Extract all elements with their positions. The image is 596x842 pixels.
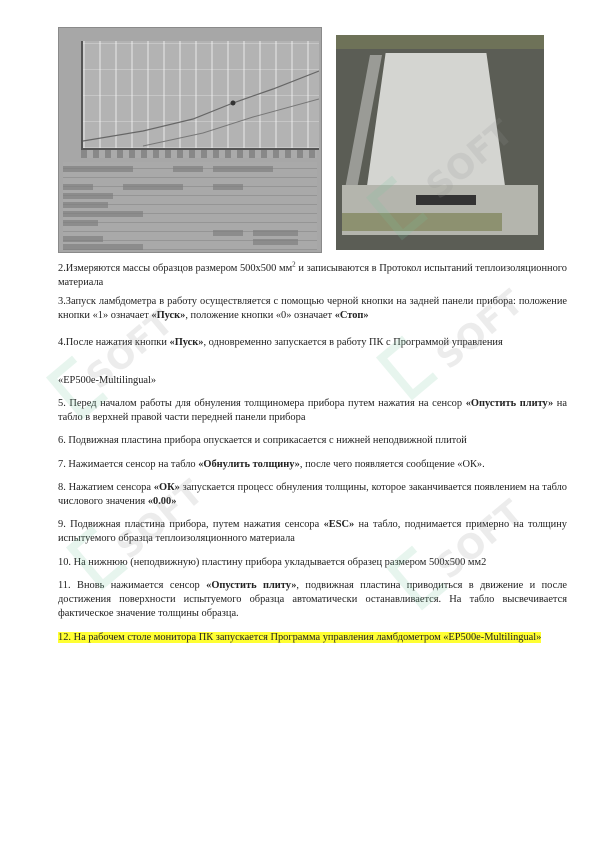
instruction-step: 12. На рабочем столе монитора ПК запуска…: [58, 631, 567, 645]
step-number: 9.: [58, 519, 66, 530]
step-text: После нажатия кнопки: [66, 337, 170, 348]
bold-term: «0.00»: [148, 496, 177, 507]
instruction-step: 7. Нажимается сенсор на табло «Обнулить …: [58, 458, 567, 472]
measurement-curve: [83, 41, 319, 148]
instruction-step: «EP500e-Multilingual»: [58, 374, 567, 388]
step-number: 7.: [58, 459, 66, 470]
instruction-step: 8. Нажатием сенсора «ОК» запускается про…: [58, 481, 567, 509]
instruction-step: 11. Вновь нажимается сенсор «Опустить пл…: [58, 579, 567, 621]
step-text: На рабочем столе монитора ПК запускается…: [71, 632, 541, 643]
results-table: [63, 162, 317, 250]
step-number: 8.: [58, 482, 66, 493]
bold-term: «Пуск»: [151, 310, 185, 321]
bold-term: «ОК»: [154, 482, 180, 493]
chart-plot-area: [81, 41, 319, 150]
step-number: 12.: [58, 632, 71, 643]
step-text: , после чего появляется сообщение «ОК».: [300, 459, 485, 470]
device-photo: [336, 35, 544, 250]
software-screenshot-figure: [58, 27, 322, 253]
instruction-step: 5. Перед началом работы для обнуления то…: [58, 397, 567, 425]
step-text: Измеряются массы образцов размером 500x5…: [66, 263, 292, 274]
step-text: Нажимается сенсор на табло: [66, 459, 198, 470]
step-number: 5.: [58, 398, 66, 409]
step-number: 10.: [58, 557, 71, 568]
device-slot: [416, 195, 476, 205]
instruction-step: 9. Подвижная пластина прибора, путем наж…: [58, 518, 567, 546]
step-number: 4.: [58, 337, 66, 348]
step-text: «EP500e-Multilingual»: [58, 375, 156, 386]
bold-term: «Стоп»: [335, 310, 369, 321]
step-text: , одновременно запускается в работу ПК с…: [203, 337, 502, 348]
step-number: 3.: [58, 296, 66, 307]
instruction-step: 10. На нижнюю (неподвижную) пластину при…: [58, 556, 567, 570]
bold-term: «ESC»: [324, 519, 355, 530]
step-number: 2.: [58, 263, 66, 274]
step-text: Перед началом работы для обнуления толщи…: [66, 398, 466, 409]
step-text: , положение кнопки «0» означает: [185, 310, 334, 321]
instruction-step: 6. Подвижная пластина прибора опускается…: [58, 434, 567, 448]
document-page: 2.Измеряются массы образцов размером 500…: [0, 0, 596, 842]
step-text: Подвижная пластина прибора, путем нажати…: [66, 519, 324, 530]
bold-term: «Опустить плиту»: [206, 580, 296, 591]
step-text: Подвижная пластина прибора опускается и …: [66, 435, 467, 446]
bold-term: «Пуск»: [170, 337, 204, 348]
chart-x-axis-ticks: [81, 150, 317, 158]
step-number: 11.: [58, 580, 71, 591]
instruction-step: 2.Измеряются массы образцов размером 500…: [58, 258, 567, 290]
step-text: На нижнюю (неподвижную) пластину прибора…: [71, 557, 486, 568]
step-text: Вновь нажимается сенсор: [71, 580, 207, 591]
instruction-step: 3.Запуск ламбдометра в работу осуществля…: [58, 295, 567, 323]
bold-term: «Обнулить толщину»: [198, 459, 300, 470]
step-text: Нажатием сенсора: [66, 482, 154, 493]
instruction-step: 4.После нажатия кнопки «Пуск», одновреме…: [58, 336, 567, 350]
device-lid: [366, 53, 506, 193]
step-number: 6.: [58, 435, 66, 446]
bold-term: «Опустить плиту»: [466, 398, 553, 409]
